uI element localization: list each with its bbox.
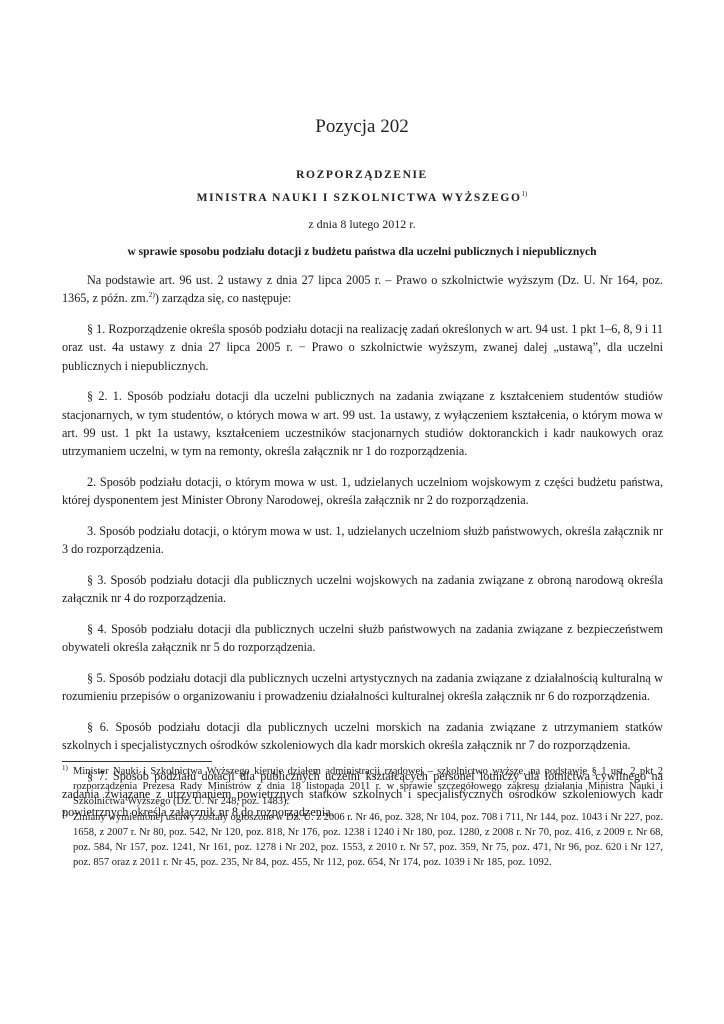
paragraph-2-3: 3. Sposób podziału dotacji, o którym mow…	[62, 522, 663, 559]
paragraph-5: § 5. Sposób podziału dotacji dla publicz…	[62, 669, 663, 706]
paragraph-1: § 1. Rozporządzenie określa sposób podzi…	[62, 320, 663, 375]
position-title-text: Pozycja 202	[315, 116, 408, 138]
act-date: z dnia 8 lutego 2012 r.	[0, 217, 724, 232]
issuer-heading: MINISTRA NAUKI I SZKOLNICTWA WYŻSZEGO1)	[0, 190, 724, 204]
issuer-heading-text: MINISTRA NAUKI I SZKOLNICTWA WYŻSZEGO	[197, 192, 522, 204]
act-subject: w sprawie sposobu podziału dotacji z bud…	[0, 246, 724, 258]
footnote-text: Minister Nauki i Szkolnictwa Wyższego ki…	[73, 766, 663, 807]
paragraph-2-1: § 2. 1. Sposób podziału dotacji dla ucze…	[62, 387, 663, 460]
footnotes: 1)Minister Nauki i Szkolnictwa Wyższego …	[62, 764, 663, 870]
document-body: Na podstawie art. 96 ust. 2 ustawy z dni…	[62, 271, 663, 834]
footnote-separator	[62, 761, 212, 762]
preamble: Na podstawie art. 96 ust. 2 ustawy z dni…	[62, 271, 663, 308]
paragraph-4: § 4. Sposób podziału dotacji dla publicz…	[62, 620, 663, 657]
footnote-2: 2)Zmiany wymienionej ustawy zostały ogło…	[62, 810, 663, 871]
paragraph-2-2: 2. Sposób podziału dotacji, o którym mow…	[62, 473, 663, 510]
footnote-1: 1)Minister Nauki i Szkolnictwa Wyższego …	[62, 764, 663, 810]
preamble-text-end: ) zarządza się, co następuje:	[155, 291, 291, 305]
act-type-heading: ROZPORZĄDZENIE	[0, 169, 724, 181]
position-title: Pozycja 202	[0, 116, 724, 138]
paragraph-3: § 3. Sposób podziału dotacji dla publicz…	[62, 571, 663, 608]
footnote-mark: 1)	[62, 761, 68, 776]
paragraph-6: § 6. Sposób podziału dotacji dla publicz…	[62, 718, 663, 755]
footnote-ref-1[interactable]: 1)	[522, 190, 528, 198]
footnote-text: Zmiany wymienionej ustawy zostały ogłosz…	[73, 812, 663, 869]
document-page: Pozycja 202 ROZPORZĄDZENIE MINISTRA NAUK…	[0, 0, 724, 1024]
footnote-mark: 2)	[62, 807, 68, 822]
